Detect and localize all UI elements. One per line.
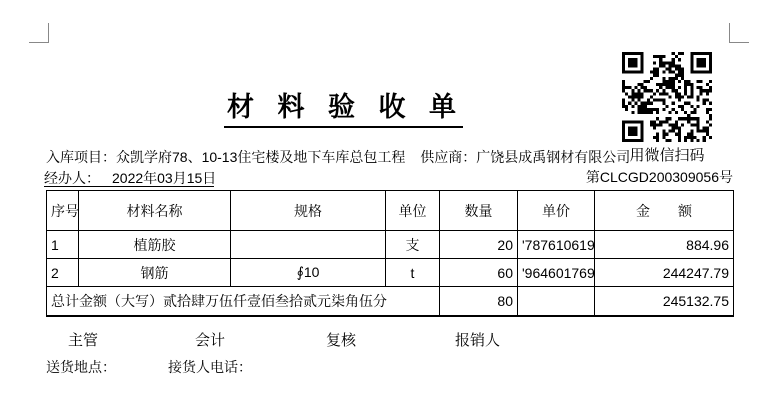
handler-label: 经办人： bbox=[44, 170, 100, 186]
cell-no: 2 bbox=[47, 259, 79, 287]
handler-field: 经办人：2022年03月15日 bbox=[44, 168, 214, 187]
table-total-row: 总计金额（大写）贰拾肆万伍仟壹佰叁拾贰元柒角伍分 80 245132.75 bbox=[47, 287, 734, 316]
signature-supervisor: 主管 bbox=[68, 329, 98, 350]
total-amount: 245132.75 bbox=[595, 287, 734, 316]
cell-no: 1 bbox=[47, 231, 79, 259]
cell-price: '7876106195 bbox=[518, 231, 595, 259]
cell-spec bbox=[231, 231, 386, 259]
cell-name: 钢筋 bbox=[79, 259, 231, 287]
materials-table: 序号 材料名称 规格 单位 数量 单价 金 额 1 植筋胶 支 20 '7876… bbox=[46, 190, 734, 317]
col-header-amount: 金 额 bbox=[595, 191, 734, 231]
cell-qty: 60 bbox=[440, 259, 518, 287]
table-row: 1 植筋胶 支 20 '7876106195 884.96 bbox=[47, 231, 734, 259]
project-label: 入库项目： bbox=[46, 149, 116, 165]
material-acceptance-form: 材 料 验 收 单 用微信扫码 入库项目：众凯学府78、10-13住 bbox=[0, 0, 778, 410]
table-row: 2 钢筋 ∮10 t 60 '9646017699 244247.79 bbox=[47, 259, 734, 287]
cell-price: '9646017699 bbox=[518, 259, 595, 287]
delivery-location-label: 送货地点： bbox=[46, 357, 116, 377]
col-header-name: 材料名称 bbox=[79, 191, 231, 231]
page-margin-mark-top-left bbox=[29, 23, 49, 43]
cell-amount: 884.96 bbox=[595, 231, 734, 259]
supplier-field: 供应商：广饶县成禹钢材有限公司 bbox=[420, 149, 630, 165]
cell-qty: 20 bbox=[440, 231, 518, 259]
table-header-row: 序号 材料名称 规格 单位 数量 单价 金 额 bbox=[47, 191, 734, 231]
col-header-spec: 规格 bbox=[231, 191, 386, 231]
qr-caption: 用微信扫码 bbox=[622, 144, 712, 165]
signature-accountant: 会计 bbox=[195, 329, 225, 350]
supplier-value: 广饶县成禹钢材有限公司 bbox=[476, 149, 630, 165]
project-supplier-line: 入库项目：众凯学府78、10-13住宅楼及地下车库总包工程 供应商：广饶县成禹钢… bbox=[46, 147, 630, 167]
cell-unit: t bbox=[386, 259, 440, 287]
cell-spec: ∮10 bbox=[231, 259, 386, 287]
receiver-phone-label: 接货人电话： bbox=[168, 357, 252, 377]
total-qty: 80 bbox=[440, 287, 518, 316]
cell-amount: 244247.79 bbox=[595, 259, 734, 287]
qr-code-icon bbox=[622, 52, 712, 142]
project-field: 入库项目：众凯学府78、10-13住宅楼及地下车库总包工程 bbox=[46, 149, 405, 165]
cell-name: 植筋胶 bbox=[79, 231, 231, 259]
qr-code-block: 用微信扫码 bbox=[622, 52, 712, 165]
total-label: 总计金额（大写）贰拾肆万伍仟壹佰叁拾贰元柒角伍分 bbox=[47, 287, 440, 316]
document-number: 第CLCGD200309056号 bbox=[586, 167, 733, 187]
project-value: 众凯学府78、10-13住宅楼及地下车库总包工程 bbox=[116, 149, 405, 165]
cell-unit: 支 bbox=[386, 231, 440, 259]
page-title: 材 料 验 收 单 bbox=[224, 85, 463, 128]
col-header-price: 单价 bbox=[518, 191, 595, 231]
handler-date: 2022年03月15日 bbox=[112, 170, 216, 186]
supplier-label: 供应商： bbox=[420, 149, 476, 165]
col-header-no: 序号 bbox=[47, 191, 79, 231]
col-header-qty: 数量 bbox=[440, 191, 518, 231]
total-price bbox=[518, 287, 595, 316]
col-header-unit: 单位 bbox=[386, 191, 440, 231]
page-margin-mark-top-right bbox=[729, 23, 749, 43]
signature-reviewer: 复核 bbox=[326, 329, 356, 350]
signature-claimant: 报销人 bbox=[455, 329, 500, 350]
